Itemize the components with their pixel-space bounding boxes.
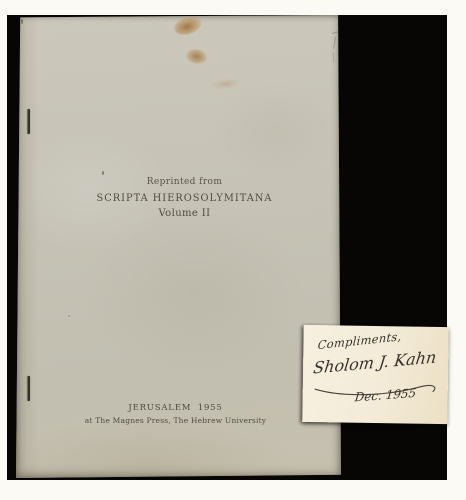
inscription-compliments: Compliments,	[317, 329, 402, 352]
reprinted-from-line: Reprinted from	[22, 177, 347, 187]
imprint-city-year: JERUSALEM 1955	[13, 403, 338, 413]
volume-line: Volume II	[22, 208, 347, 219]
foxing-stain	[209, 77, 240, 91]
foxing-stain	[172, 13, 204, 38]
imprint-publisher: at The Magnes Press, The Hebrew Universi…	[13, 416, 338, 425]
inscription-date: Dec. 1955	[354, 386, 417, 405]
staple	[27, 376, 30, 401]
inscription-card: Compliments, Sholom J. Kahn Dec. 1955	[302, 325, 449, 424]
paper-speck	[102, 171, 104, 175]
staple	[27, 109, 30, 134]
foxing-stain	[185, 47, 208, 65]
cover-title-block: Reprinted from SCRIPTA HIEROSOLYMITANA V…	[22, 177, 347, 219]
paper-speck	[21, 19, 23, 24]
photograph: Reprinted from SCRIPTA HIEROSOLYMITANA V…	[0, 0, 466, 500]
series-title: SCRIPTA HIEROSOLYMITANA	[33, 192, 335, 204]
paper-speck	[68, 315, 70, 317]
pamphlet-cover: Reprinted from SCRIPTA HIEROSOLYMITANA V…	[16, 15, 341, 478]
imprint-block: JERUSALEM 1955 at The Magnes Press, The …	[13, 403, 338, 425]
